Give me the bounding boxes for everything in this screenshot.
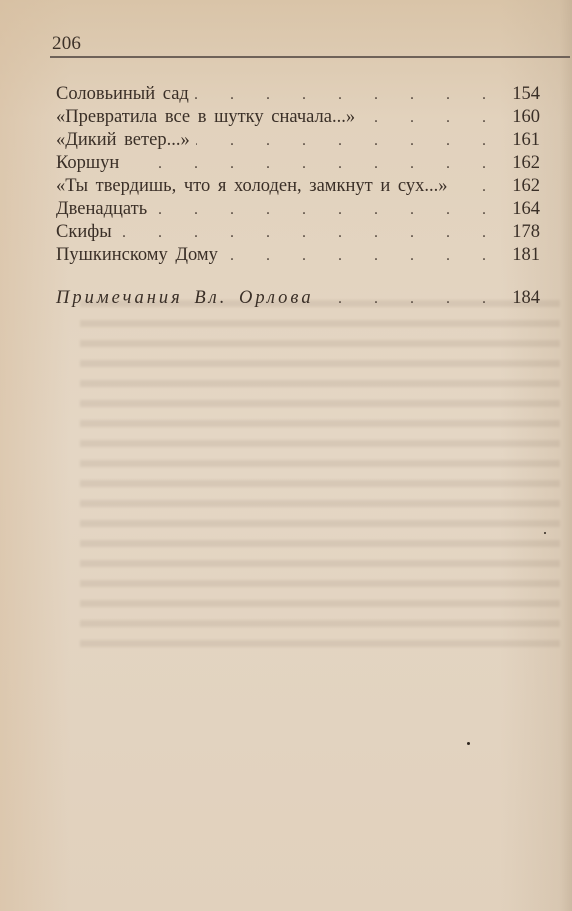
toc-entry-title: «Ты твердишь, что я холоден, замкнут и с… — [56, 176, 453, 197]
toc-leader-dots: . . . . . . . . . . . . . . . . . . . . … — [153, 201, 500, 219]
page-number: 206 — [52, 33, 81, 55]
toc-notes-page: 184 — [500, 288, 540, 309]
toc-entry-title: «Дикий ветер...» — [56, 130, 196, 151]
toc-entry-page: 154 — [500, 84, 540, 105]
toc-leader-dots: . . . . . . . . . . . . . . . . . . . . … — [224, 247, 500, 265]
toc-entry-page: 160 — [500, 107, 540, 128]
toc-entry-page: 161 — [500, 130, 540, 151]
toc-entry-title: Скифы — [56, 222, 118, 243]
toc-entry: «Дикий ветер...» . . . . . . . . . . . .… — [56, 130, 540, 153]
toc-entry-page: 178 — [500, 222, 540, 243]
table-of-contents: Соловьиный сад . . . . . . . . . . . . .… — [56, 84, 540, 311]
toc-leader-dots: . . . . . . . . . . . . . . . . . . . . … — [361, 109, 500, 127]
paper-speck — [467, 742, 470, 745]
toc-entry: «Ты твердишь, что я холоден, замкнут и с… — [56, 176, 540, 199]
toc-entry-title: Пушкинскому Дому — [56, 245, 224, 266]
toc-entry-title: Двенадцать — [56, 199, 153, 220]
toc-entry-title: Коршун — [56, 153, 125, 174]
toc-notes-entry: Примечания Вл. Орлова . . . . . . . . . … — [56, 288, 540, 311]
toc-leader-dots: . . . . . . . . . . . . . . . . . . . . … — [320, 290, 500, 308]
book-page: 206 Соловьиный сад . . . . . . . . . . .… — [0, 0, 572, 911]
toc-notes-title: Примечания Вл. Орлова — [56, 288, 320, 309]
toc-entry: «Превратила все в шутку сначала...» . . … — [56, 107, 540, 130]
toc-entry: Коршун . . . . . . . . . . . . . . . . .… — [56, 153, 540, 176]
toc-entry: Скифы . . . . . . . . . . . . . . . . . … — [56, 222, 540, 245]
toc-leader-dots: . . . . . . . . . . . . . . . . . . . . … — [118, 224, 500, 242]
toc-entry-title: «Превратила все в шутку сначала...» — [56, 107, 361, 128]
paper-speck — [544, 532, 546, 534]
toc-entry-page: 162 — [500, 153, 540, 174]
toc-leader-dots: . . . . . . . . . . . . . . . . . . . . … — [125, 155, 500, 173]
toc-entry-page: 181 — [500, 245, 540, 266]
toc-entry: Двенадцать . . . . . . . . . . . . . . .… — [56, 199, 540, 222]
header-rule — [50, 56, 570, 58]
toc-leader-dots: . . . . . . . . . . . . . . . . . . . . … — [196, 132, 500, 150]
show-through-text — [80, 300, 560, 660]
toc-entry-title: Соловьиный сад — [56, 84, 195, 105]
toc-entry: Пушкинскому Дому . . . . . . . . . . . .… — [56, 245, 540, 268]
toc-entry-page: 164 — [500, 199, 540, 220]
toc-leader-dots: . . . . . . . . . . . . . . . . . . . . … — [195, 86, 500, 104]
toc-entry-page: 162 — [500, 176, 540, 197]
toc-leader-dots: . . . . . . . . . . . . . . . . . . . . … — [453, 178, 500, 196]
toc-entry: Соловьиный сад . . . . . . . . . . . . .… — [56, 84, 540, 107]
